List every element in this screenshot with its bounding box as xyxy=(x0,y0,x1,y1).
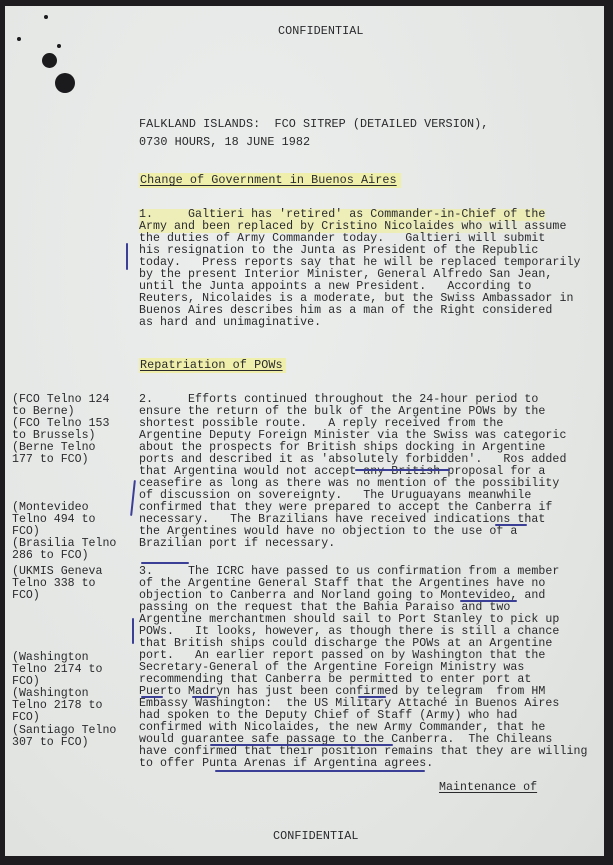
pen-underline-madryn xyxy=(192,696,217,698)
telegram-reference: (FCO Telno 124 to Berne) (FCO Telno 153 … xyxy=(12,394,109,467)
classification-footer: CONFIDENTIAL xyxy=(273,830,359,842)
pen-margin-mark xyxy=(130,480,136,516)
pen-underline-puerto xyxy=(141,696,163,698)
pen-underline-canberra xyxy=(495,524,527,526)
pen-underline-confirmed xyxy=(358,696,386,698)
section-heading-change-of-government: Change of Government in Buenos Aires xyxy=(139,173,401,188)
paragraph-line: as hard and unimaginative. xyxy=(139,317,321,329)
pen-underline-guarantee-safe-passage xyxy=(210,744,393,746)
paragraph-line: to offer Punta Arenas if Argentina agree… xyxy=(139,758,433,770)
pen-underline-absolutely-forbidden xyxy=(355,469,450,471)
telegram-reference: (UKMIS Geneva Telno 338 to FCO) xyxy=(12,566,102,602)
pen-underline-punta-arenas xyxy=(215,770,425,772)
section-heading-repatriation-of-pows: Repatriation of POWs xyxy=(139,358,286,373)
catchword-next-page: Maintenance of xyxy=(439,782,537,794)
pen-underline-montevideo xyxy=(460,600,517,602)
punch-hole xyxy=(17,37,21,41)
document-title-line1: FALKLAND ISLANDS: FCO SITREP (DETAILED V… xyxy=(139,118,488,130)
pen-margin-mark xyxy=(132,618,134,644)
punch-hole xyxy=(57,44,61,48)
classification-header: CONFIDENTIAL xyxy=(278,25,364,37)
punch-hole xyxy=(55,73,75,93)
telegram-reference: (Washington Telno 2174 to FCO) (Washingt… xyxy=(12,652,116,749)
document-page: CONFIDENTIAL FALKLAND ISLANDS: FCO SITRE… xyxy=(5,6,604,856)
punch-hole xyxy=(42,53,57,68)
pen-underline-brazilian xyxy=(141,562,189,564)
punch-hole xyxy=(44,15,48,19)
document-title-line2: 0730 HOURS, 18 JUNE 1982 xyxy=(139,136,310,148)
paragraph-line: Brazilian port if necessary. xyxy=(139,538,335,550)
pen-margin-mark xyxy=(126,243,128,270)
telegram-reference: (Montevideo Telno 494 to FCO) (Brasilia … xyxy=(12,502,116,562)
